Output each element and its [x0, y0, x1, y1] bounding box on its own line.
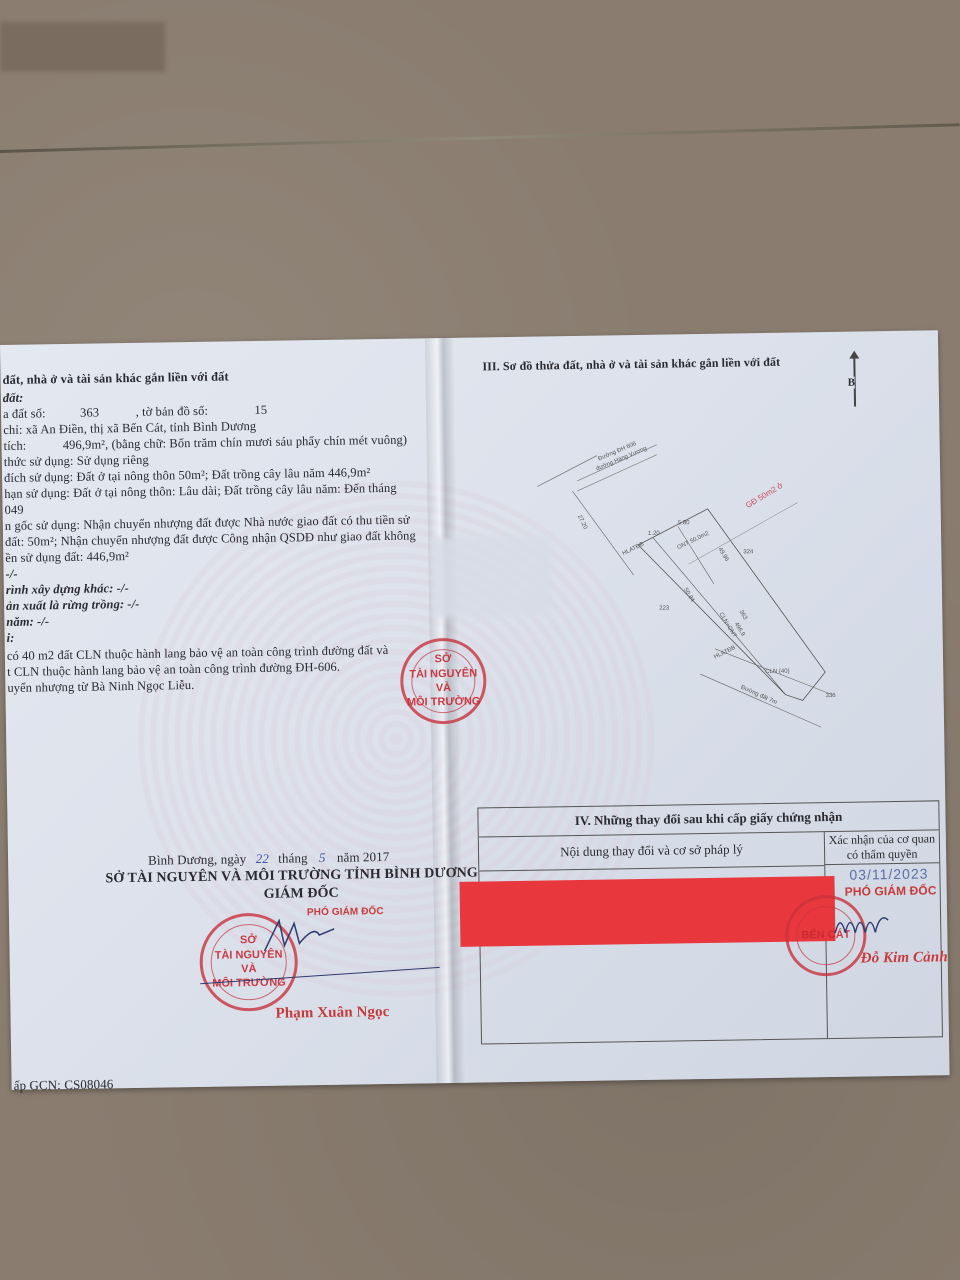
section-title: đất, nhà ở và tài sản khác gắn liền với …: [2, 369, 228, 388]
field-label: đất:: [5, 535, 24, 549]
blurred-region: [0, 22, 165, 72]
parcel-diagram: Đường ĐH 606 đường Hàng Vương 27.20 5.80…: [537, 431, 882, 756]
parcel-number-label: 363: [738, 609, 749, 621]
stamp-text: SỞ: [240, 933, 257, 948]
dimension-label: 49.96: [717, 547, 730, 564]
right-page: III. Sơ đồ thửa đất, nhà ở và tài sản kh…: [455, 330, 947, 1082]
usage-term-year: 049: [4, 503, 23, 518]
left-page: đất, nhà ở và tài sản khác gắn liền với …: [0, 338, 442, 1090]
month-label: tháng: [278, 850, 308, 865]
neighbor-parcel: 324: [743, 549, 754, 555]
perennial-tree-line: năm: -/-: [6, 614, 49, 630]
field-label: hạn sử dụng:: [4, 486, 70, 501]
place-date-prefix: Bình Dương, ngày: [148, 851, 246, 868]
director-title: GIÁM ĐỐC: [264, 886, 339, 903]
signing-month: 5: [311, 850, 334, 865]
section-iii-title: III. Sơ đồ thửa đất, nhà ở và tài sản kh…: [482, 355, 780, 375]
other-construction-line: rình xây dựng khác: -/-: [6, 581, 129, 598]
signing-day: 22: [250, 851, 275, 866]
deputy-director-title-2: PHÓ GIÁM ĐỐC: [845, 883, 937, 898]
production-forest-line: ản xuất là rừng trồng: -/-: [6, 597, 140, 614]
issuing-authority: SỞ TÀI NGUYÊN VÀ MÔI TRƯỜNG TỈNH BÌNH DƯ…: [105, 866, 478, 888]
road-bottom-label: Đường đất 7m: [740, 685, 778, 706]
signing-year: năm 2017: [337, 849, 390, 865]
origin-line-3: ền sử dụng đất: 446,9m²: [5, 549, 129, 566]
corridor-label: HLATĐB: [622, 541, 646, 557]
handwritten-signature: [259, 915, 340, 956]
map-sheet-number: 15: [254, 403, 267, 417]
parcel-number: 363: [80, 405, 99, 419]
origin-value-3: 446,9m²: [87, 549, 130, 564]
column-header-confirmation: Xác nhận của cơ quan có thẩm quyền: [824, 829, 940, 865]
redacted-content: [459, 876, 835, 947]
field-label: tích:: [3, 439, 26, 453]
field-label: thức sử dụng:: [4, 454, 74, 469]
stamp-text: VÀ: [436, 681, 452, 696]
house-line: -/-: [5, 567, 17, 582]
strip-label: ONT 50,0m2: [677, 531, 711, 552]
certificate-number: ấp GCN: CS08046: [14, 1076, 114, 1094]
land-certificate-document: đất, nhà ở và tài sản khác gắn liền với …: [0, 330, 950, 1090]
column-header-content: Nội dung thay đổi và cơ sở pháp lý: [479, 831, 825, 871]
field-label: ền sử dụng đất:: [5, 550, 83, 565]
neighbor-parcel: 223: [659, 606, 670, 612]
sub-heading: đất:: [3, 391, 24, 406]
field-label: a đất số:: [3, 406, 46, 421]
usage-form-line: thức sử dụng: Sử dụng riêng: [4, 453, 149, 470]
floor-crack: [0, 123, 960, 153]
neighbor-parcel: 336: [826, 693, 837, 699]
stamp-text: VÀ: [241, 962, 257, 977]
field-label: chỉ:: [3, 423, 22, 437]
place-date: Bình Dương, ngày 22 tháng 5 năm 2017: [148, 849, 390, 869]
field-label: đích sử dụng:: [4, 470, 73, 485]
north-label: B: [848, 377, 856, 389]
signer-name: Phạm Xuân Ngọc: [275, 1004, 389, 1023]
signer-name-2: Đỗ Kim Cảnh: [861, 949, 948, 967]
field-label: n gốc sử dụng:: [5, 518, 80, 533]
dimension-label: 27.20: [576, 514, 588, 531]
dimension-label: 5.80: [678, 520, 690, 526]
field-label: , tờ bản đồ số:: [136, 404, 209, 419]
notes-heading: i:: [6, 631, 14, 646]
changes-table: IV. Những thay đổi sau khi cấp giấy chứn…: [477, 800, 943, 1044]
usage-form-value: Sử dụng riêng: [77, 453, 149, 468]
dimension-label: 1.20: [648, 531, 660, 537]
stamp-text: SỞ: [435, 652, 452, 667]
address-value: xã An Điền, thị xã Bến Cát, tỉnh Bình Dư…: [26, 419, 257, 437]
handwritten-signature-2: [830, 902, 901, 943]
red-annotation: GĐ 50m2 ở: [744, 480, 785, 510]
note-line: uyển nhượng từ Bà Ninh Ngọc Liễu.: [7, 678, 194, 696]
confirmation-date: 03/11/2023: [849, 865, 928, 882]
